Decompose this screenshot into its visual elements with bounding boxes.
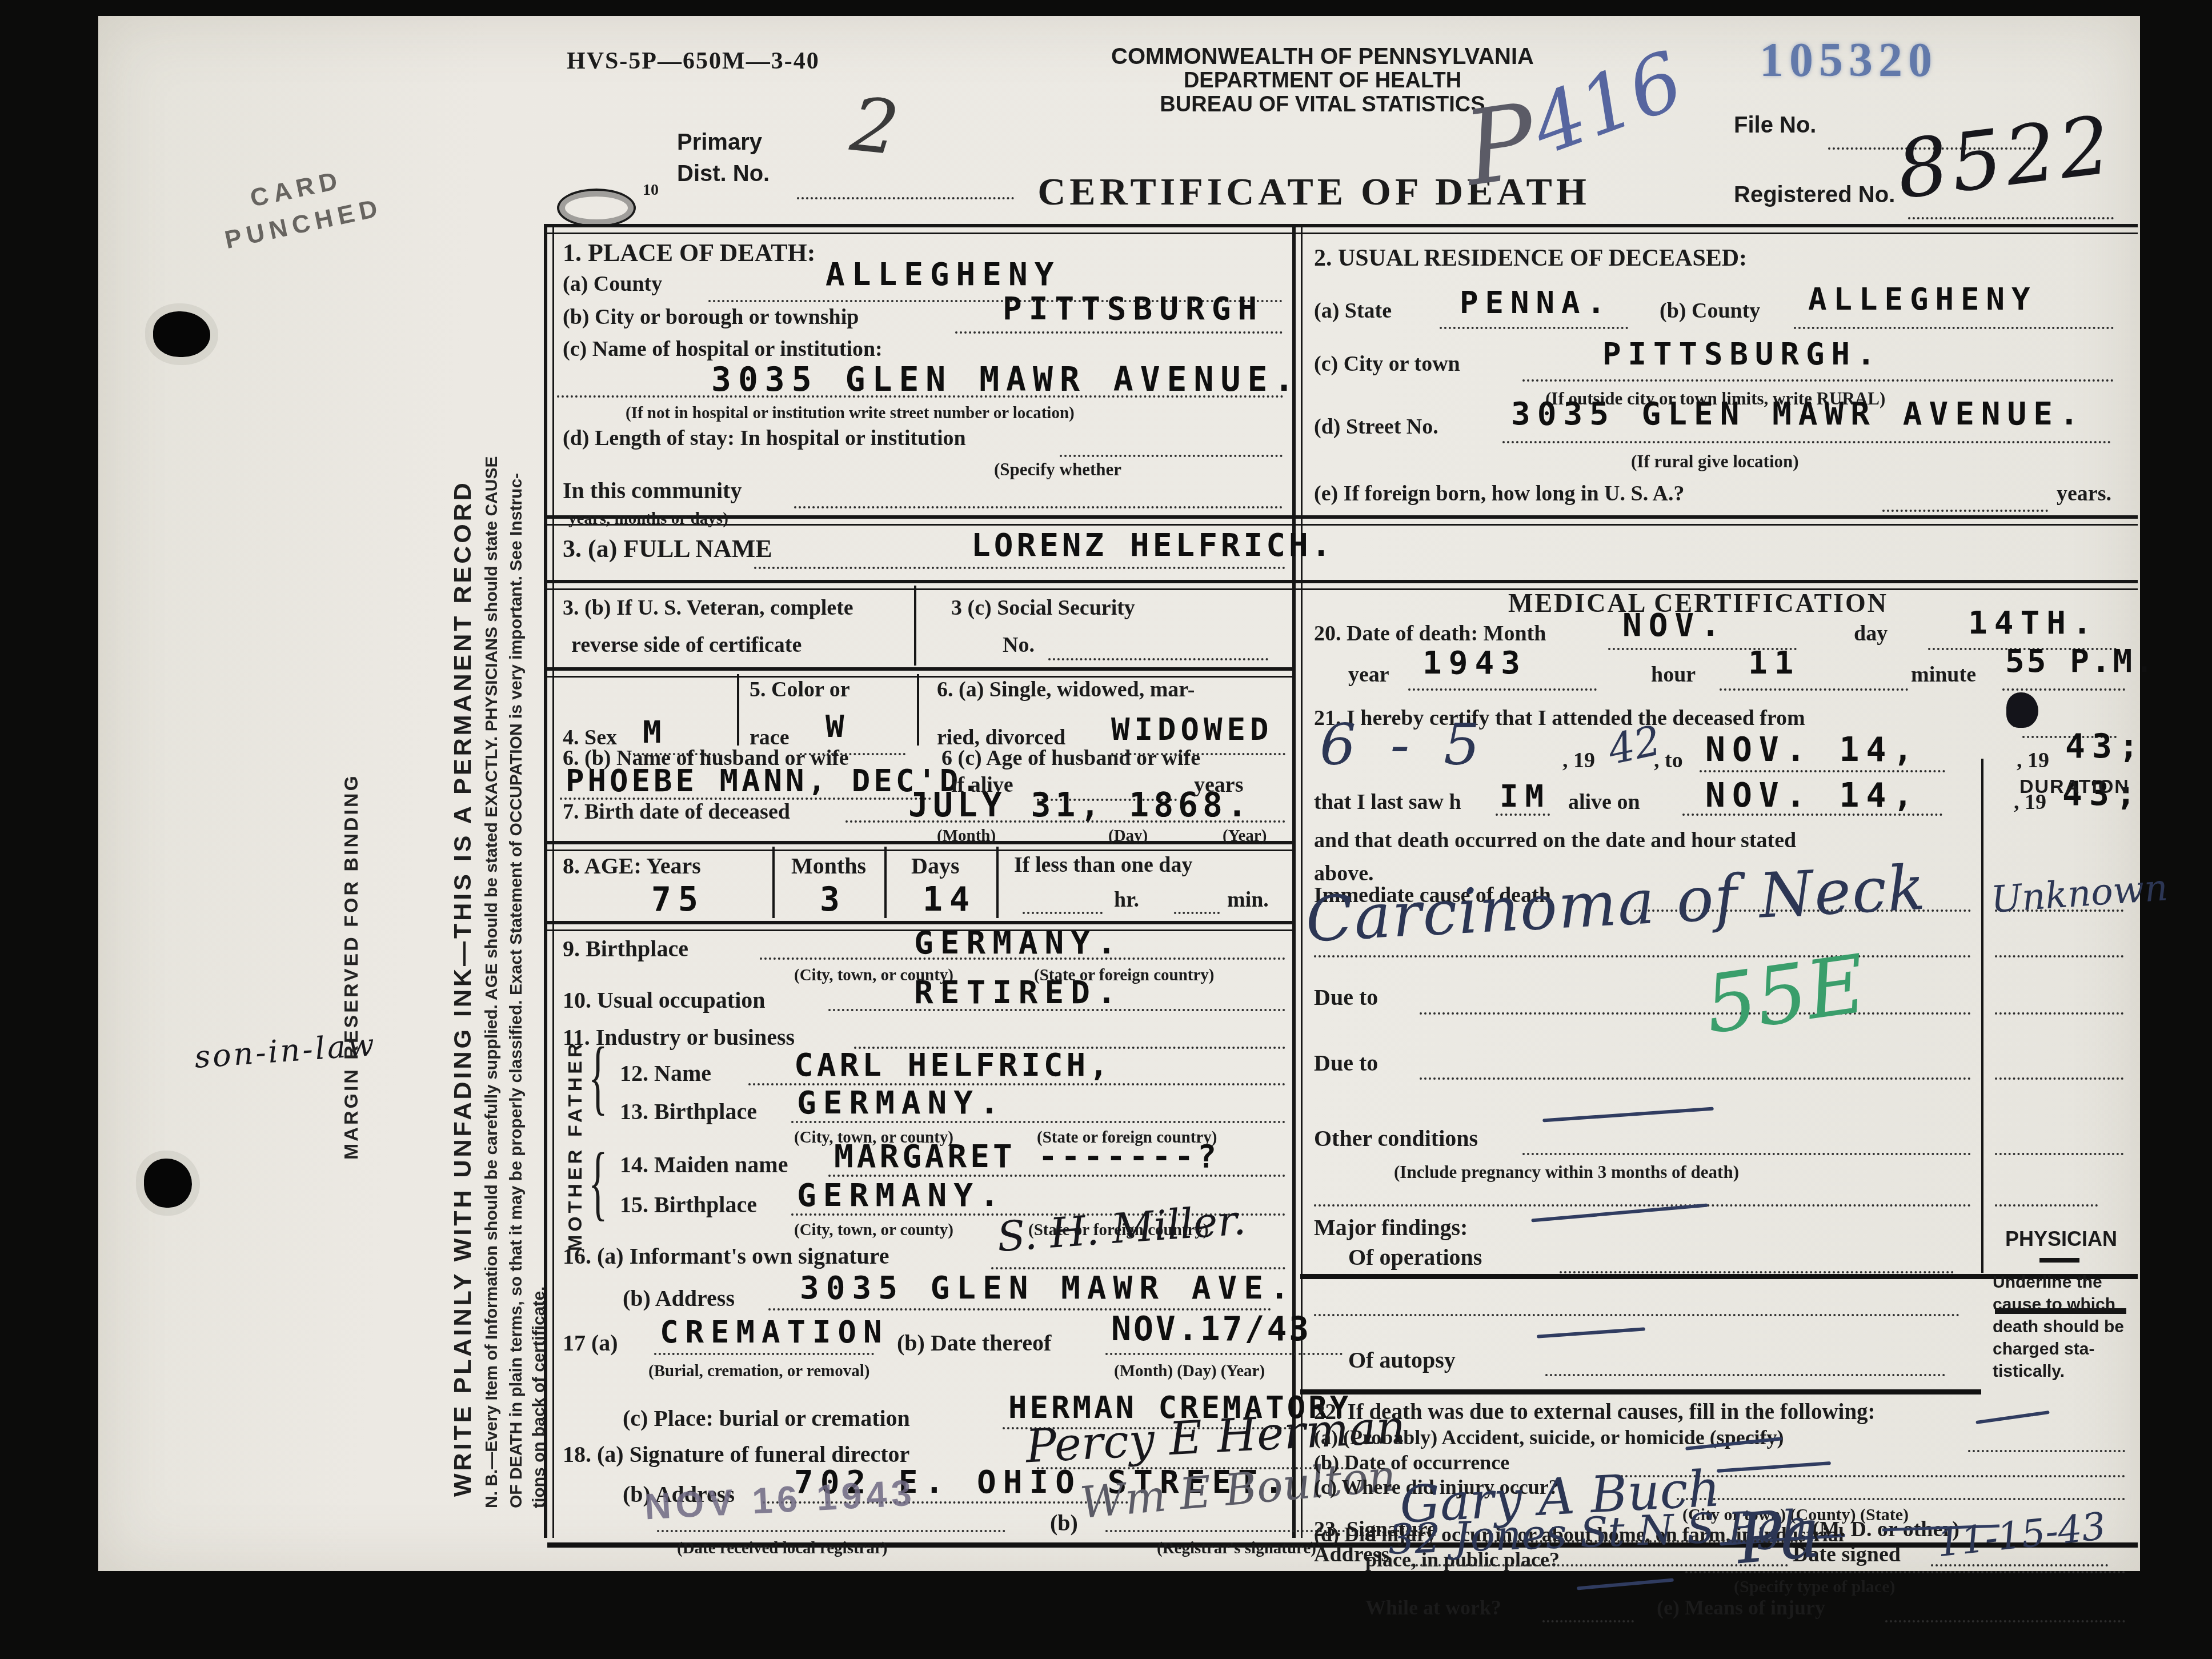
- file-stamp-number: 105320: [1760, 35, 1938, 86]
- s10-label: 10. Usual occupation: [563, 988, 766, 1012]
- s1-hospital-value: 3035 GLEN MAWR AVENUE.: [711, 360, 1301, 399]
- s20-year-line: [1408, 688, 1597, 691]
- physician-header: PHYSICIAN: [2005, 1228, 2117, 1250]
- s22b-label: (b) Date of occurrence: [1314, 1452, 1509, 1474]
- s18a-label: 18. (a) Signature of funeral director: [563, 1442, 909, 1466]
- margin-nb-line2: OF DEATH in plain terms, so that it may …: [507, 473, 526, 1508]
- s2-county-value: ALLEGHENY: [1808, 281, 2037, 317]
- s20-hour-label: hour: [1651, 664, 1696, 687]
- pa-flourish: Pa: [1733, 1493, 1824, 1580]
- due2-label: Due to: [1314, 1051, 1378, 1075]
- margin-nb-line1: N. B.—Every Item of Information should b…: [483, 456, 501, 1508]
- s1-county-label: (a) County: [563, 273, 662, 296]
- s2-state-line: [1440, 327, 1628, 329]
- s16b-label: (b) Address: [623, 1287, 735, 1311]
- s1-hospital-label: (c) Name of hospital or institution:: [563, 338, 883, 361]
- s21-saw-date: NOV. 14,: [1705, 776, 1920, 815]
- s8-hr-line: [1023, 912, 1103, 914]
- s3a-line: [754, 567, 1285, 569]
- physician-header-rule: [2039, 1258, 2079, 1263]
- s21-line2a: that I last saw h: [1314, 791, 1461, 814]
- s20-minute-label: minute: [1911, 664, 1976, 687]
- divider-age-years-months: [772, 847, 775, 918]
- s10-value: RETIRED.: [914, 974, 1123, 1011]
- s21-19a: , 19: [1562, 750, 1595, 772]
- registered-no-label: Registered No.: [1734, 183, 1895, 207]
- s1-hospital-note: (If not in hospital or institution write…: [626, 404, 1075, 422]
- mother-label: MOTHER: [566, 1147, 586, 1251]
- s9-line: [760, 957, 1285, 960]
- s17a-label: 17 (a): [563, 1331, 618, 1355]
- s2-street-line: [1502, 441, 2111, 443]
- s21-saw-line: [1682, 814, 1942, 816]
- s22e-line: [1885, 1620, 2125, 1622]
- green-code-annotation: 55E: [1700, 942, 1870, 1048]
- rule-below-veteran: [547, 667, 1292, 678]
- s21-him: IM: [1500, 778, 1550, 814]
- due1-label: Due to: [1314, 985, 1378, 1009]
- s19a-note: (Date received local registrar): [677, 1540, 888, 1557]
- s8-months-label: Months: [791, 854, 866, 878]
- s20-month-value: NOV.: [1622, 607, 1727, 644]
- s15-label: 15. Birthplace: [620, 1193, 757, 1217]
- due2-line: [1420, 1077, 1971, 1080]
- s21-line2b: alive on: [1568, 791, 1640, 814]
- registered-no-line: [1908, 217, 2114, 219]
- s3c-label1: 3 (c) Social Security: [951, 597, 1135, 620]
- file-no-label: File No.: [1734, 113, 1816, 137]
- s23-address-line: [1411, 1564, 1788, 1566]
- s3b-label1: 3. (b) If U. S. Veteran, complete: [563, 597, 853, 620]
- margin-reserved-note: MARGIN RESERVED FOR BINDING: [342, 774, 362, 1160]
- s22e-label: (e) Means of injury: [1657, 1597, 1825, 1619]
- rule-findings-bottom: [1300, 1389, 1981, 1394]
- s2-county-line: [1794, 327, 2114, 329]
- s1-title: 1. PLACE OF DEATH:: [563, 240, 815, 266]
- divider-sex-color: [737, 674, 739, 746]
- physician-note: Underline the cause to which death shoul…: [1993, 1271, 2135, 1382]
- s2-title: 2. USUAL RESIDENCE OF DECEASED:: [1314, 246, 1747, 271]
- s21-to-line: [1700, 770, 1945, 772]
- s7-label: 7. Birth date of deceased: [563, 801, 790, 824]
- s14-label: 14. Maiden name: [620, 1153, 788, 1177]
- divider-age-months-days: [884, 847, 887, 918]
- form-number: HVS-5P—650M—3-40: [567, 49, 820, 74]
- s2-city-line: [1522, 379, 2114, 382]
- s21-line3: and that death occurred on the date and …: [1314, 829, 1796, 852]
- s1-community-label: In this community: [563, 479, 742, 503]
- s21-from-value: 6 - 5: [1320, 711, 1488, 778]
- s7-value: JULY 31, 1868.: [908, 786, 1252, 824]
- other-label: Other conditions: [1314, 1127, 1478, 1151]
- s12-value: CARL HELFRICH,: [794, 1047, 1112, 1084]
- s17b-value: NOV.17/43: [1111, 1309, 1311, 1348]
- s8-days-label: Days: [911, 854, 959, 878]
- s16a-label: 16. (a) Informant's own signature: [563, 1244, 889, 1268]
- s5-value: W: [826, 708, 851, 744]
- s1-specify-note: (Specify whether: [994, 460, 1121, 479]
- s22a-line: [1968, 1450, 2125, 1452]
- s4-value: M: [643, 714, 668, 750]
- s17a-value: CREMATION: [660, 1314, 889, 1350]
- s2-foreign-years: years.: [2057, 483, 2111, 506]
- mother-brace: {: [588, 1140, 608, 1228]
- s13-label: 13. Birthplace: [620, 1100, 757, 1124]
- s22-while-line: [1542, 1620, 1634, 1622]
- s7-year-note: (Year): [1223, 827, 1267, 844]
- pen-dash-while: [1577, 1578, 1674, 1590]
- s19b-note: (Registrar's signature): [1157, 1540, 1316, 1557]
- s8-less-label: If less than one day: [1014, 854, 1193, 877]
- s17a-line: [654, 1353, 874, 1355]
- s12-label: 12. Name: [620, 1061, 711, 1085]
- rule-under-header: [547, 224, 2138, 234]
- s3a-value: LORENZ HELFRICH.: [971, 527, 1334, 564]
- s1-city-line: [955, 331, 1283, 334]
- s17c-label: (c) Place: burial or cremation: [623, 1406, 910, 1430]
- s19b-label: (b): [1050, 1511, 1078, 1535]
- s2-city-label: (c) City or town: [1314, 353, 1460, 376]
- divider-age-days-less: [996, 847, 999, 918]
- s21-to-date: NOV. 14,: [1705, 730, 1920, 769]
- duration-line5: [1995, 1153, 2123, 1155]
- divider-3b-3c: [914, 586, 916, 666]
- s2-foreign-line: [1882, 510, 2048, 512]
- findings-line0: [1314, 1204, 1971, 1207]
- s20-year-value: 1943: [1422, 644, 1527, 682]
- s1-city-label: (b) City or borough or township: [563, 306, 859, 329]
- s15-note1: (City, town, or county): [794, 1221, 953, 1239]
- punch-hole-top: [153, 311, 210, 357]
- dist-no-value: 2: [847, 81, 903, 172]
- s2-street-label: (d) Street No.: [1314, 416, 1438, 439]
- seal-number: 10: [643, 182, 659, 198]
- rule-below-s1-s2: [547, 515, 2138, 526]
- other-line: [1522, 1153, 1971, 1155]
- s2-foreign-label: (e) If foreign born, how long in U. S. A…: [1314, 483, 1685, 506]
- s21-19b: , 19: [2017, 750, 2049, 772]
- s20-minute-line: [2002, 688, 2125, 691]
- s17a-note: (Burial, cremation, or removal): [648, 1363, 869, 1380]
- dist-no-label: Dist. No.: [677, 162, 770, 186]
- s8-days-value: 14: [923, 880, 976, 919]
- s2-county-label: (b) County: [1660, 300, 1760, 323]
- dist-no-line: [797, 197, 1014, 199]
- duration-line3: [1995, 1012, 2123, 1015]
- header-commonwealth: COMMONWEALTH OF PENNSYLVANIA: [1105, 45, 1540, 69]
- s6a-value: WIDOWED: [1111, 711, 1273, 747]
- s20-minute-value: 55 P.M.: [2005, 643, 2156, 680]
- s1-stay-line: [1060, 455, 1283, 457]
- duration-divider: [1981, 759, 1983, 1273]
- s20-hour-line: [1720, 688, 1908, 691]
- s22d-note: (Specify type of place): [1734, 1578, 1895, 1596]
- s8-months-value: 3: [820, 880, 847, 919]
- s9-label: 9. Birthplace: [563, 937, 688, 961]
- s1-stay-label: (d) Length of stay: In hospital or insti…: [563, 427, 966, 450]
- s8-label: 8. AGE: Years: [563, 854, 701, 878]
- s9-value: GERMANY.: [914, 924, 1123, 961]
- s23-date-line: [1931, 1564, 2108, 1566]
- margin-bold-note: WRITE PLAINLY WITH UNFADING INK—THIS IS …: [450, 480, 476, 1497]
- s8-min-line: [1174, 912, 1220, 914]
- ink-blot: [2006, 692, 2038, 728]
- s10-line: [828, 1009, 1285, 1011]
- duration-line6: [1995, 1204, 2098, 1207]
- s1-hospital-line: [557, 395, 1284, 398]
- s7-line: [845, 820, 1285, 823]
- s22-title: 22. If death was due to external causes,…: [1314, 1401, 1876, 1424]
- operations-label: Of operations: [1348, 1245, 1482, 1269]
- s8-hr-label: hr.: [1114, 889, 1139, 912]
- s2-state-label: (a) State: [1314, 300, 1392, 323]
- punch-hole-bottom: [144, 1159, 192, 1208]
- father-label: FATHER: [566, 1040, 586, 1137]
- s2-street-value: 3035 GLEN MAWR AVENUE.: [1511, 395, 2086, 432]
- s20-hour-value: 11: [1748, 644, 1800, 682]
- operations-line: [1560, 1271, 1954, 1273]
- due1-line: [1420, 1012, 1971, 1015]
- s21-to-year: 43;: [2065, 727, 2146, 766]
- s7-month-note: (Month): [937, 827, 996, 844]
- s15-value: GERMANY.: [797, 1177, 1006, 1214]
- s20-label: 20. Date of death: Month: [1314, 623, 1546, 646]
- major-findings-label: Major findings:: [1314, 1216, 1468, 1240]
- s2-city-value: PITTSBURGH.: [1602, 336, 1882, 372]
- left-border: [544, 224, 554, 1538]
- cause-line2: [1314, 955, 1971, 957]
- findings-line2: [1314, 1314, 1959, 1316]
- s17b-note: (Month) (Day) (Year): [1114, 1363, 1265, 1380]
- s23-address-label: Address: [1314, 1544, 1389, 1566]
- s2-street-note: (If rural give location): [1631, 452, 1799, 471]
- s5-label1: 5. Color or: [750, 679, 850, 702]
- s3b-label2: reverse side of certificate: [571, 634, 802, 657]
- printer-union-seal: [557, 189, 636, 227]
- autopsy-label: Of autopsy: [1348, 1348, 1456, 1372]
- autopsy-line: [1545, 1374, 1945, 1376]
- s20-day-label: day: [1854, 623, 1888, 646]
- s14-value: MARGARET -------?: [834, 1138, 1220, 1175]
- s22-while-label: While at work?: [1365, 1597, 1501, 1619]
- s3c-label2: No.: [1003, 634, 1035, 657]
- duration-header: DURATION: [2019, 777, 2130, 798]
- s16b-value: 3035 GLEN MAWR AVE.: [800, 1269, 1296, 1307]
- s1-city-value: PITTSBURGH: [1003, 290, 1264, 327]
- s21-him-line: [1496, 814, 1550, 816]
- s1-county-value: ALLEGHENY: [826, 256, 1060, 293]
- s17b-line: [1105, 1353, 1343, 1355]
- s3c-line: [1048, 658, 1268, 660]
- rule-below-fullname: [547, 580, 2138, 590]
- s20-year-label: year: [1348, 664, 1389, 687]
- s21-to-label: , to: [1654, 750, 1683, 772]
- other-note: (Include pregnancy within 3 months of de…: [1394, 1163, 1739, 1182]
- father-brace: {: [588, 1034, 608, 1122]
- rule-below-birthdate: [547, 841, 1292, 851]
- s13-value: GERMANY.: [797, 1084, 1006, 1121]
- s1-community-line: [794, 506, 1283, 508]
- s2-state-value: PENNA.: [1460, 284, 1612, 320]
- s6a-label1: 6. (a) Single, widowed, mar-: [937, 679, 1195, 702]
- primary-label: Primary: [677, 130, 762, 154]
- duration-line2: [1995, 955, 2123, 957]
- s3a-label: 3. (a) FULL NAME: [563, 536, 772, 562]
- divider-color-marital: [917, 674, 919, 746]
- s7-day-note: (Day): [1108, 827, 1148, 844]
- s13-line: [791, 1121, 1285, 1123]
- s20-day-value: 14TH.: [1968, 604, 2099, 642]
- s1-community-note: years, months or days): [568, 510, 728, 527]
- s8-min-label: min.: [1227, 889, 1269, 912]
- s19a-line: [657, 1530, 1005, 1532]
- duration-line4: [1995, 1077, 2123, 1080]
- s8-years-value: 75: [651, 880, 705, 919]
- s17b-label: (b) Date thereof: [897, 1331, 1051, 1355]
